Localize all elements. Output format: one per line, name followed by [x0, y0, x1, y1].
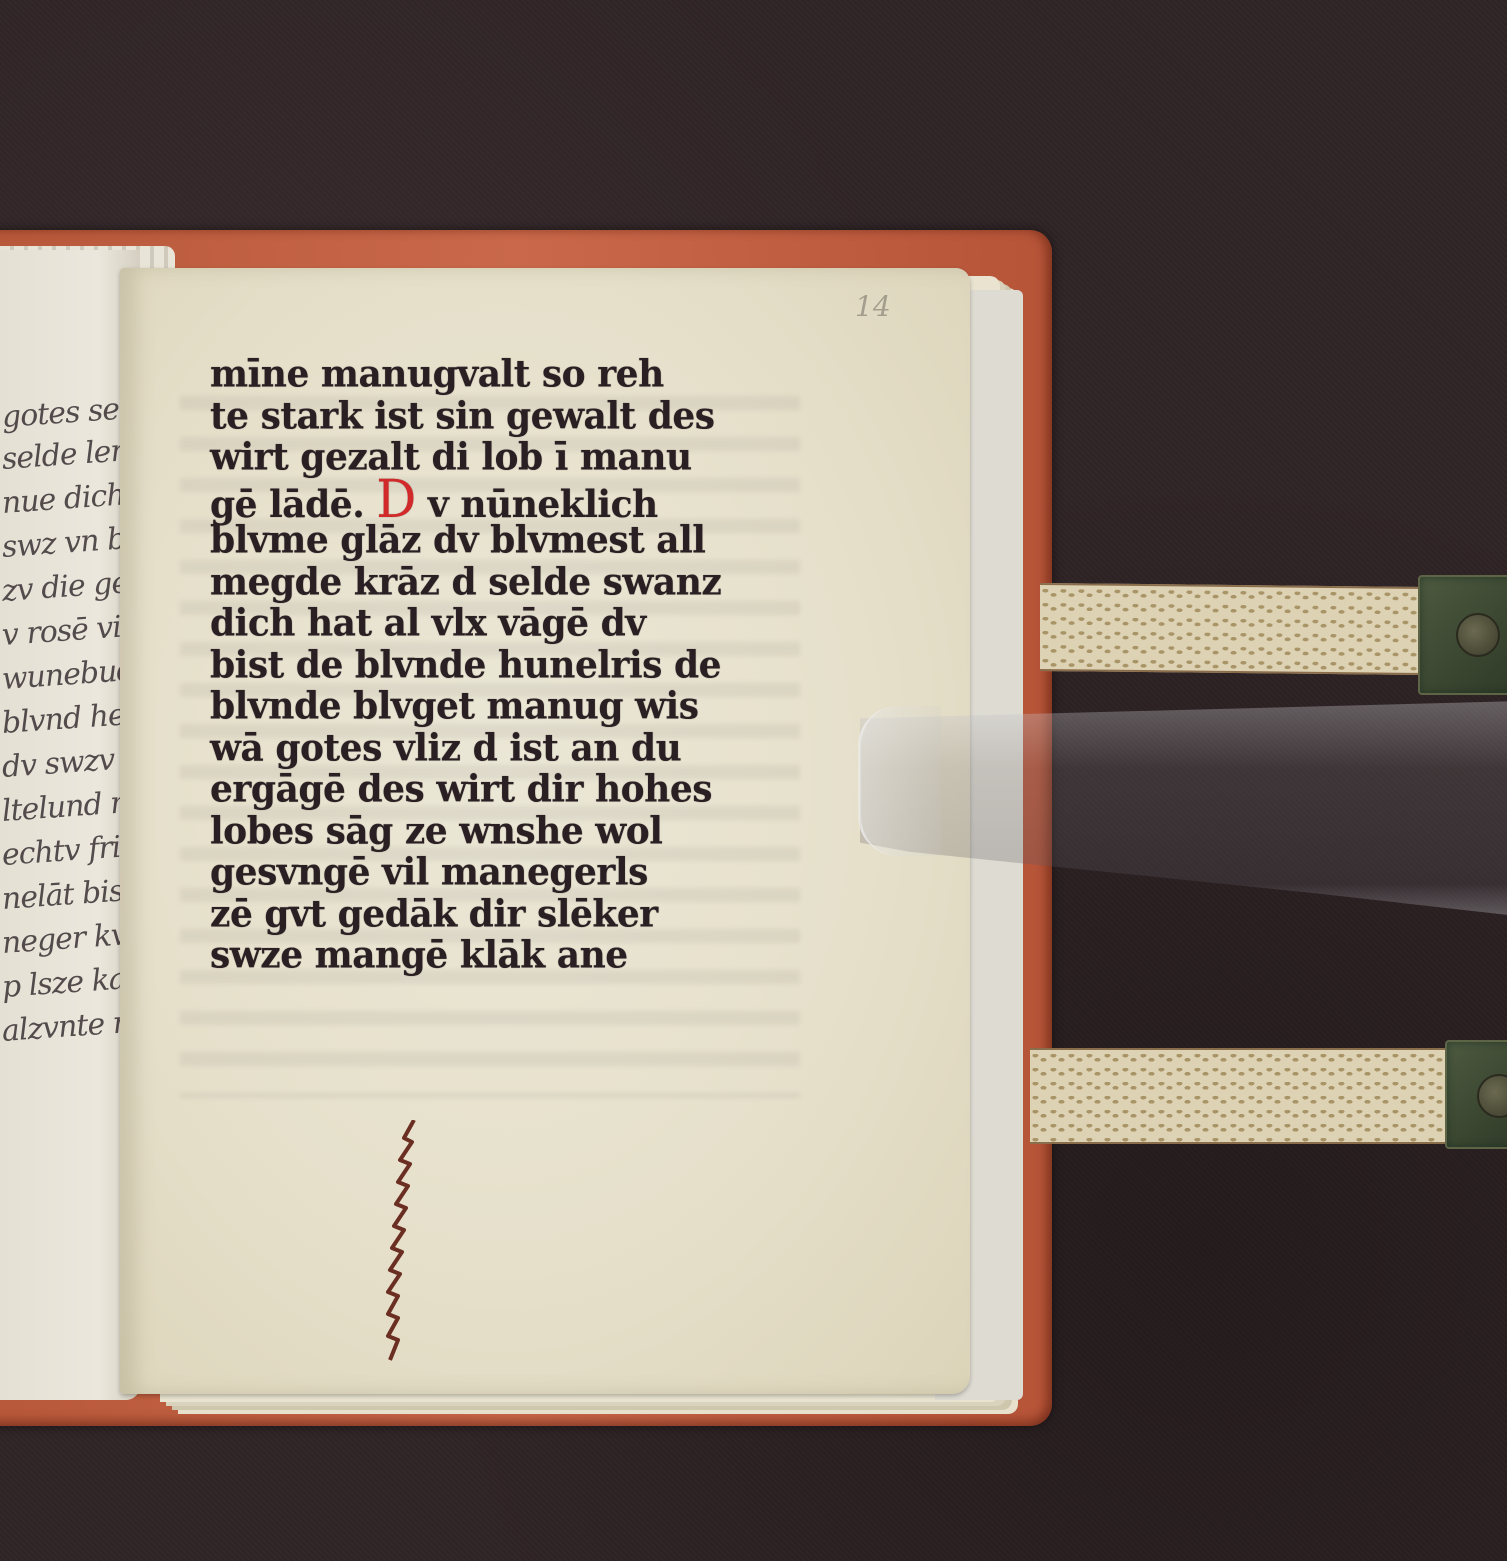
text-line: swze mangē klāk ane [210, 934, 721, 978]
text-line: mīne manugvalt so reh [210, 353, 721, 397]
glass-weight-tip [858, 706, 941, 856]
text-line: dich hat al vlx vāgē dv [210, 602, 721, 646]
rivet-icon [1477, 1074, 1507, 1118]
clasp-top [1418, 575, 1507, 695]
clasp-bottom [1445, 1040, 1507, 1149]
text-line: zē gvt gedāk dir slēker [210, 892, 721, 936]
clasp-strap-bottom [1030, 1048, 1445, 1144]
text-line: lobes sāg ze wnshe wol [210, 809, 721, 853]
right-page: 14 mīne manugvalt so reh te stark ist si… [120, 268, 970, 1394]
clasp-strap-top [1040, 583, 1430, 675]
zigzag-line-filler-icon [382, 1120, 422, 1370]
text-line: megde krāz d selde swanz [210, 560, 721, 604]
text-line: blvme glāz dv blvmest all [210, 519, 721, 563]
rivet-icon [1456, 613, 1500, 657]
text-line: blvnde blvget manug wis [210, 685, 721, 729]
text-line: gesvngē vil manegerls [210, 851, 721, 895]
text-line: bist de blvnde hunelris de [210, 643, 721, 687]
text-line-with-initial: gē lādē. D v nūneklich [210, 477, 721, 521]
text-line: wirt gezalt di lob ī manu [210, 436, 721, 480]
left-page: gotes selle w selde lere reh nue dich di… [0, 250, 140, 1400]
text-line: te stark ist sin gewalt des [210, 394, 721, 438]
folio-number: 14 [855, 290, 891, 323]
manuscript-text: mīne manugvalt so reh te stark ist sin g… [210, 354, 721, 977]
text-line: ergāgē des wirt dir hohes [210, 768, 721, 812]
text-line: wā gotes vliz d ist an du [210, 726, 721, 770]
